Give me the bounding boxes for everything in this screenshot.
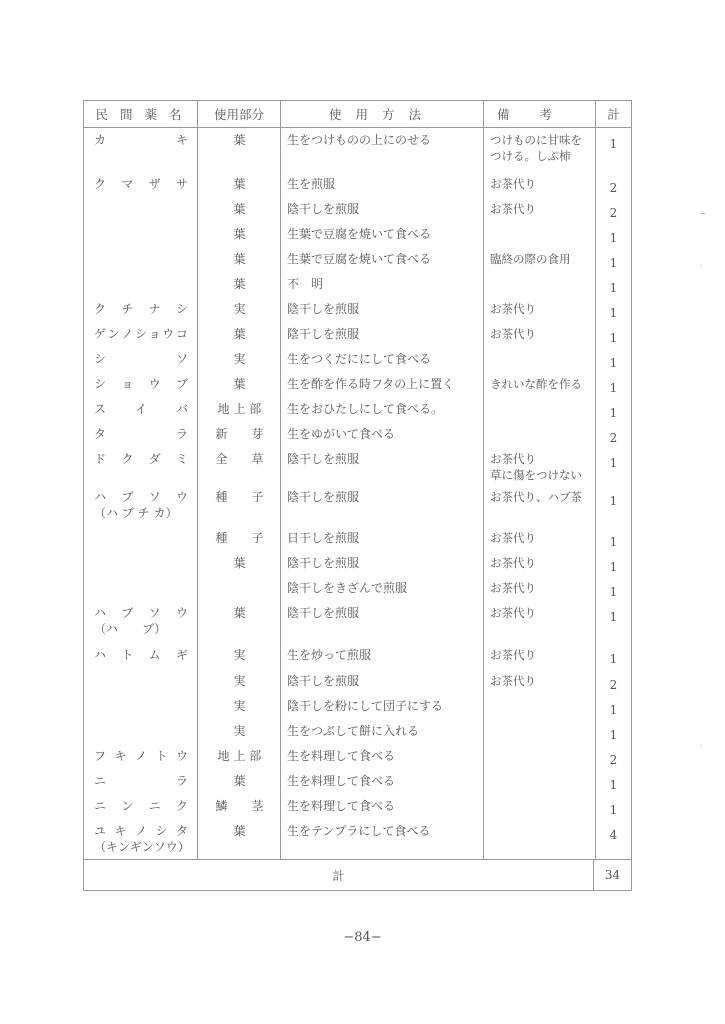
name-chars: フキノトウ — [94, 748, 188, 764]
cell-count: 1 — [596, 769, 631, 796]
cell-part: 地 上 部 — [198, 744, 281, 771]
cell-part: 種 子 — [198, 485, 281, 526]
cell-method: 陰干しを煎服 — [281, 669, 484, 696]
cell-part: 葉 — [198, 197, 281, 224]
cell-note: お茶代り — [484, 322, 596, 349]
table-row: ニンニク鱗 茎生を料理して食べる1 — [84, 794, 631, 819]
name-char: ゲ — [94, 326, 106, 342]
name-char: ブ — [121, 489, 133, 505]
cell-method: 生をテンプラにして食べる — [281, 819, 484, 859]
name-char: ラ — [176, 773, 188, 789]
name-char: ョ — [149, 326, 161, 342]
cell-method: 生を料理して食べる — [281, 769, 484, 796]
name-char: シ — [155, 823, 167, 839]
cell-note — [484, 422, 596, 449]
header-method: 使用方法 — [281, 101, 484, 127]
cell-method: 生をつけものの上にのせる — [281, 128, 484, 172]
cell-method: 生を酢を作る時フタの上に置く — [281, 372, 484, 399]
cell-count: 1 — [596, 447, 631, 486]
table-row: ニラ葉生を料理して食べる1 — [84, 769, 631, 794]
cell-count: 1 — [596, 272, 631, 299]
cell-name: カキ — [84, 128, 198, 172]
name-chars: ニラ — [94, 773, 188, 789]
name-char: ウ — [162, 326, 174, 342]
cell-count: 2 — [596, 669, 631, 696]
cell-note: きれいな酢を作る — [484, 372, 596, 399]
cell-note — [484, 222, 596, 249]
name-char: ニ — [149, 798, 161, 814]
cell-method: 生を料理して食べる — [281, 744, 484, 771]
name-char: サ — [176, 176, 188, 192]
cell-part: 葉 — [198, 322, 281, 349]
cell-name — [84, 576, 198, 603]
cell-method: 生をつくだににして食べる — [281, 347, 484, 374]
cell-count: 1 — [596, 322, 631, 349]
cell-count: 1 — [596, 372, 631, 399]
name-char: ョ — [121, 376, 133, 392]
cell-note — [484, 744, 596, 771]
cell-name: クチナシ — [84, 297, 198, 324]
name-char: ユ — [94, 823, 106, 839]
name-char: ス — [94, 401, 106, 417]
cell-method: 陰干しを煎服 — [281, 551, 484, 578]
total-value: 34 — [594, 860, 631, 890]
cell-part: 新 芽 — [198, 422, 281, 449]
cell-part: 葉 — [198, 247, 281, 274]
cell-name: ドクダミ — [84, 447, 198, 486]
cell-note — [484, 272, 596, 299]
cell-name: タラ — [84, 422, 198, 449]
cell-count: 1 — [596, 222, 631, 249]
name-char: ブ — [121, 605, 133, 621]
cell-note: お茶代り — [484, 297, 596, 324]
cell-count: 1 — [596, 551, 631, 578]
cell-name — [84, 222, 198, 249]
name-chars: ハブソウ — [94, 605, 188, 621]
cell-part: 全 草 — [198, 447, 281, 486]
cell-name — [84, 694, 198, 721]
cell-name — [84, 197, 198, 224]
cell-count: 1 — [596, 347, 631, 374]
cell-method: 生をつぶして餅に入れる — [281, 719, 484, 746]
cell-count: 1 — [596, 643, 631, 670]
cell-part: 葉 — [198, 172, 281, 199]
cell-note — [484, 819, 596, 859]
cell-count: 2 — [596, 744, 631, 771]
table-row: 実陰干しを粉にして団子にする1 — [84, 694, 631, 719]
scan-mark: · — [700, 262, 702, 270]
name-char: ト — [121, 647, 133, 663]
name-chars: タラ — [94, 426, 188, 442]
name-alt: （ハ ブ） — [94, 621, 188, 637]
cell-part: 実 — [198, 669, 281, 696]
table-body: カキ葉生をつけものの上にのせるつけものに甘味をつける。しぶ柿1クマザサ葉生を煎服… — [84, 128, 631, 859]
cell-name: ハブソウ（ハ ブ チ カ） — [84, 485, 198, 526]
cell-name — [84, 669, 198, 696]
name-char: バ — [176, 401, 188, 417]
name-char: ウ — [149, 376, 161, 392]
cell-method: 生を料理して食べる — [281, 794, 484, 821]
table-row: 葉陰干しを煎服お茶代り2 — [84, 197, 631, 222]
cell-method: 生をゆがいて食べる — [281, 422, 484, 449]
name-char: ソ — [149, 489, 161, 505]
cell-part: 葉 — [198, 551, 281, 578]
cell-note — [484, 719, 596, 746]
cell-method: 陰干しを煎服 — [281, 297, 484, 324]
cell-note — [484, 769, 596, 796]
cell-method: 陰干しを煎服 — [281, 447, 484, 486]
name-char: ノ — [135, 748, 147, 764]
name-chars: ユキノシタ — [94, 823, 188, 839]
cell-method: 陰干しを煎服 — [281, 322, 484, 349]
table-row: 葉生葉で豆腐を焼いて食べる臨終の際の食用1 — [84, 247, 631, 272]
scan-mark: · — [700, 742, 702, 750]
table-row: フキノトウ地 上 部生を料理して食べる2 — [84, 744, 631, 769]
cell-note: 臨終の際の食用 — [484, 247, 596, 274]
table-row: スイバ地 上 部生をおひたしにして食べる。1 — [84, 397, 631, 422]
cell-method: 陰干しをきざんで煎服 — [281, 576, 484, 603]
name-char: ン — [121, 798, 133, 814]
table-row: クマザサ葉生を煎服お茶代り2 — [84, 172, 631, 197]
cell-method: 生を煎服 — [281, 172, 484, 199]
page-number: −84− — [0, 930, 725, 945]
name-char: ラ — [176, 426, 188, 442]
cell-name — [84, 551, 198, 578]
cell-part: 実 — [198, 694, 281, 721]
name-char: カ — [94, 132, 106, 148]
cell-part: 葉 — [198, 272, 281, 299]
cell-count: 2 — [596, 422, 631, 449]
cell-name — [84, 526, 198, 553]
table-row: 葉陰干しを煎服お茶代り1 — [84, 551, 631, 576]
name-alt: （キンギンソウ） — [94, 839, 188, 855]
name-char: ミ — [176, 451, 188, 467]
name-char: ク — [94, 301, 106, 317]
cell-note: お茶代り、ハブ茶 — [484, 485, 596, 526]
name-char: チ — [121, 301, 133, 317]
cell-note: お茶代り — [484, 576, 596, 603]
table-row: ゲンノショウコ葉陰干しを煎服お茶代り1 — [84, 322, 631, 347]
cell-part: 地 上 部 — [198, 397, 281, 424]
cell-method: 陰干しを煎服 — [281, 601, 484, 643]
name-char: ン — [108, 326, 120, 342]
cell-note: お茶代り — [484, 551, 596, 578]
cell-method: 生葉で豆腐を焼いて食べる — [281, 247, 484, 274]
table-row: ハトムギ実生を炒って煎服お茶代り1 — [84, 643, 631, 669]
cell-count: 1 — [596, 297, 631, 324]
cell-count: 1 — [596, 794, 631, 821]
name-char: ウ — [176, 605, 188, 621]
name-char: ハ — [94, 647, 106, 663]
table-row: クチナシ実陰干しを煎服お茶代り1 — [84, 297, 631, 322]
name-char: ハ — [94, 605, 106, 621]
name-char: キ — [114, 823, 126, 839]
name-char: ダ — [149, 451, 161, 467]
name-char: シ — [176, 301, 188, 317]
name-char: ソ — [149, 605, 161, 621]
name-char: ノ — [135, 823, 147, 839]
header-count: 計 — [596, 101, 631, 127]
cell-part: 葉 — [198, 819, 281, 859]
cell-note — [484, 397, 596, 424]
table-row: 陰干しをきざんで煎服お茶代り1 — [84, 576, 631, 601]
cell-note: お茶代り 草に傷をつけない — [484, 447, 596, 486]
cell-name: シソ — [84, 347, 198, 374]
cell-name: ニラ — [84, 769, 198, 796]
name-chars: ニンニク — [94, 798, 188, 814]
name-char: ウ — [176, 748, 188, 764]
header-name: 民 間 薬 名 — [84, 101, 198, 127]
cell-part: 葉 — [198, 222, 281, 249]
cell-note — [484, 347, 596, 374]
cell-count: 1 — [596, 128, 631, 172]
cell-count: 2 — [596, 197, 631, 224]
table-row: カキ葉生をつけものの上にのせるつけものに甘味をつける。しぶ柿1 — [84, 128, 631, 172]
table-row: 葉不 明1 — [84, 272, 631, 297]
name-char: マ — [121, 176, 133, 192]
name-char: キ — [114, 748, 126, 764]
name-char: ウ — [176, 489, 188, 505]
cell-count: 4 — [596, 819, 631, 859]
cell-method: 陰干しを煎服 — [281, 197, 484, 224]
cell-count: 1 — [596, 719, 631, 746]
name-char: シ — [94, 351, 106, 367]
cell-part: 種 子 — [198, 526, 281, 553]
name-alt: （ハ ブ チ カ） — [94, 505, 188, 521]
cell-note: お茶代り — [484, 197, 596, 224]
cell-part: 実 — [198, 643, 281, 670]
table-row: 実陰干しを煎服お茶代り2 — [84, 669, 631, 694]
cell-note: お茶代り — [484, 526, 596, 553]
cell-count: 1 — [596, 694, 631, 721]
cell-note: お茶代り — [484, 172, 596, 199]
table-header: 民 間 薬 名 使用部分 使用方法 備考 計 — [84, 101, 631, 128]
cell-name: ユキノシタ（キンギンソウ） — [84, 819, 198, 859]
name-char: フ — [94, 748, 106, 764]
cell-part: 実 — [198, 719, 281, 746]
cell-method: 不 明 — [281, 272, 484, 299]
cell-part: 葉 — [198, 769, 281, 796]
scan-mark: ~ — [700, 210, 706, 218]
table-row: 葉生葉で豆腐を焼いて食べる1 — [84, 222, 631, 247]
cell-count: 1 — [596, 397, 631, 424]
total-row: 計 34 — [84, 859, 631, 890]
name-char: イ — [135, 401, 147, 417]
name-chars: ショウブ — [94, 376, 188, 392]
cell-part — [198, 576, 281, 603]
cell-name — [84, 272, 198, 299]
name-char: タ — [94, 426, 106, 442]
name-chars: ゲンノショウコ — [94, 326, 188, 342]
cell-name — [84, 247, 198, 274]
name-char: ク — [121, 451, 133, 467]
table-row: シソ実生をつくだににして食べる1 — [84, 347, 631, 372]
table-row: タラ新 芽生をゆがいて食べる2 — [84, 422, 631, 447]
cell-count: 1 — [596, 576, 631, 603]
name-char: ク — [176, 798, 188, 814]
name-char: ニ — [94, 798, 106, 814]
name-char: ニ — [94, 773, 106, 789]
cell-name: ハブソウ（ハ ブ） — [84, 601, 198, 643]
cell-part: 葉 — [198, 128, 281, 172]
cell-method: 生葉で豆腐を焼いて食べる — [281, 222, 484, 249]
cell-part: 実 — [198, 297, 281, 324]
header-part: 使用部分 — [198, 101, 281, 127]
cell-note — [484, 694, 596, 721]
table-row: ハブソウ（ハ ブ）葉陰干しを煎服お茶代り1 — [84, 601, 631, 643]
cell-method: 陰干しを粉にして団子にする — [281, 694, 484, 721]
name-chars: クチナシ — [94, 301, 188, 317]
cell-part: 葉 — [198, 372, 281, 399]
cell-name — [84, 719, 198, 746]
cell-count: 1 — [596, 247, 631, 274]
table-row: ドクダミ全 草陰干しを煎服お茶代り 草に傷をつけない1 — [84, 447, 631, 485]
name-char: タ — [176, 823, 188, 839]
name-char: ギ — [176, 647, 188, 663]
name-char: ザ — [149, 176, 161, 192]
name-chars: ハブソウ — [94, 489, 188, 505]
cell-name: フキノトウ — [84, 744, 198, 771]
name-char: ト — [155, 748, 167, 764]
cell-name: ニンニク — [84, 794, 198, 821]
cell-count: 1 — [596, 526, 631, 553]
header-note: 備考 — [484, 101, 596, 127]
cell-method: 日干しを煎服 — [281, 526, 484, 553]
cell-note — [484, 794, 596, 821]
cell-note: つけものに甘味をつける。しぶ柿 — [484, 128, 596, 172]
folk-medicine-table: 民 間 薬 名 使用部分 使用方法 備考 計 カキ葉生をつけものの上にのせるつけ… — [83, 100, 632, 891]
cell-count: 1 — [596, 485, 631, 526]
name-chars: ハトムギ — [94, 647, 188, 663]
name-char: シ — [94, 376, 106, 392]
name-char: キ — [176, 132, 188, 148]
cell-count: 2 — [596, 172, 631, 199]
name-char: ソ — [176, 351, 188, 367]
name-chars: カキ — [94, 132, 188, 148]
table-row: ユキノシタ（キンギンソウ）葉生をテンプラにして食べる4 — [84, 819, 631, 859]
cell-method: 生をおひたしにして食べる。 — [281, 397, 484, 424]
name-char: ハ — [94, 489, 106, 505]
table-row: 種 子日干しを煎服お茶代り1 — [84, 526, 631, 551]
name-char: ノ — [121, 326, 133, 342]
cell-note: お茶代り — [484, 643, 596, 670]
name-chars: スイバ — [94, 401, 188, 417]
name-chars: シソ — [94, 351, 188, 367]
cell-method: 生を炒って煎服 — [281, 643, 484, 670]
cell-name: スイバ — [84, 397, 198, 424]
name-char: コ — [176, 326, 188, 342]
cell-name: ショウブ — [84, 372, 198, 399]
name-char: ム — [149, 647, 161, 663]
name-char: ド — [94, 451, 106, 467]
name-char: ナ — [149, 301, 161, 317]
cell-name: クマザサ — [84, 172, 198, 199]
cell-part: 葉 — [198, 601, 281, 643]
name-chars: ドクダミ — [94, 451, 188, 467]
cell-note: お茶代り — [484, 669, 596, 696]
table-row: ショウブ葉生を酢を作る時フタの上に置くきれいな酢を作る1 — [84, 372, 631, 397]
table-row: 実生をつぶして餅に入れる1 — [84, 719, 631, 744]
name-chars: クマザサ — [94, 176, 188, 192]
cell-method: 陰干しを煎服 — [281, 485, 484, 526]
cell-count: 1 — [596, 601, 631, 643]
table-row: ハブソウ（ハ ブ チ カ）種 子陰干しを煎服お茶代り、ハブ茶1 — [84, 485, 631, 526]
cell-name: ゲンノショウコ — [84, 322, 198, 349]
name-char: ク — [94, 176, 106, 192]
cell-part: 実 — [198, 347, 281, 374]
name-char: ブ — [176, 376, 188, 392]
name-char: シ — [135, 326, 147, 342]
total-label: 計 — [84, 860, 594, 890]
cell-part: 鱗 茎 — [198, 794, 281, 821]
cell-note: お茶代り — [484, 601, 596, 643]
cell-name: ハトムギ — [84, 643, 198, 670]
